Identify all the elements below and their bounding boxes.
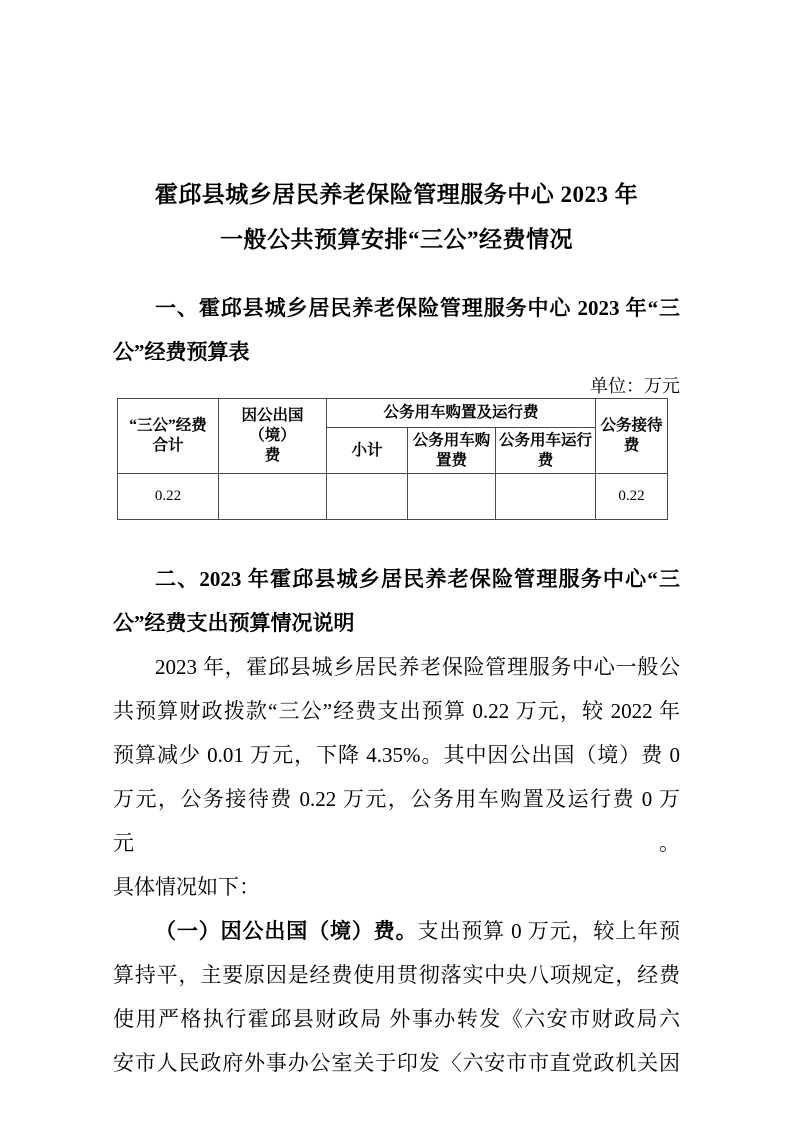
header-reception-fee: 公务接待 费 xyxy=(596,399,668,474)
section2-heading-line-2: 公”经费支出预算情况说明 xyxy=(113,601,680,645)
document-title-line-1: 霍邱县城乡居民养老保险管理服务中心 2023 年 xyxy=(113,172,680,217)
paragraph-1-line-2: 共预算财政拨款“三公”经费支出预算 0.22 万元，较 2022 年 xyxy=(113,689,680,733)
section1-heading-line-1: 一、霍邱县城乡居民养老保险管理服务中心 2023 年“三 xyxy=(113,286,680,330)
section1-heading: 一、霍邱县城乡居民养老保险管理服务中心 2023 年“三 公”经费预算表 xyxy=(113,286,680,374)
table-unit-label: 单位：万元 xyxy=(113,374,680,398)
paragraph-1-line-3: 预算减少 0.01 万元，下降 4.35%。其中因公出国（境）费 0 xyxy=(113,733,680,777)
header-vehicle-operation: 公务用车运行 费 xyxy=(496,428,596,474)
budget-table: “三公”经费 合计 因公出国（境） 费 公务用车购置及运行费 公务接待 费 小计… xyxy=(117,398,668,520)
paragraph-2-lead-bold: （一）因公出国（境）费。 xyxy=(155,919,418,943)
paragraph-2: （一）因公出国（境）费。支出预算 0 万元，较上年预 算持平，主要原因是经费使用… xyxy=(113,909,680,1085)
header-total: “三公”经费 合计 xyxy=(118,399,219,474)
value-total: 0.22 xyxy=(118,474,219,520)
section2-heading: 二、2023 年霍邱县城乡居民养老保险管理服务中心“三 公”经费支出预算情况说明 xyxy=(113,557,680,645)
value-reception-fee: 0.22 xyxy=(596,474,668,520)
value-abroad-fee xyxy=(219,474,327,520)
document-title-line-2: 一般公共预算安排“三公”经费情况 xyxy=(113,217,680,262)
value-vehicle-subtotal xyxy=(327,474,408,520)
paragraph-1-line-1: 2023 年，霍邱县城乡居民养老保险管理服务中心一般公 xyxy=(113,645,680,689)
value-vehicle-purchase xyxy=(408,474,496,520)
document-title: 霍邱县城乡居民养老保险管理服务中心 2023 年 一般公共预算安排“三公”经费情… xyxy=(113,0,680,262)
paragraph-2-line-3: 使用严格执行霍邱县财政局 外事办转发《六安市财政局六 xyxy=(113,997,680,1041)
header-vehicle-purchase: 公务用车购 置费 xyxy=(408,428,496,474)
paragraph-2-line-4: 安市人民政府外事办公室关于印发〈六安市市直党政机关因 xyxy=(113,1041,680,1085)
header-vehicle-group: 公务用车购置及运行费 xyxy=(327,399,596,428)
value-vehicle-operation xyxy=(496,474,596,520)
paragraph-2-line-2: 算持平，主要原因是经费使用贯彻落实中央八项规定，经费 xyxy=(113,953,680,997)
header-vehicle-subtotal: 小计 xyxy=(327,428,408,474)
paragraph-1: 2023 年，霍邱县城乡居民养老保险管理服务中心一般公 共预算财政拨款“三公”经… xyxy=(113,645,680,909)
paragraph-1-line-5: 具体情况如下： xyxy=(113,865,680,909)
table-row: 0.22 0.22 xyxy=(118,474,668,520)
section2-heading-line-1: 二、2023 年霍邱县城乡居民养老保险管理服务中心“三 xyxy=(113,557,680,601)
paragraph-1-line-4: 万元，公务接待费 0.22 万元，公务用车购置及运行费 0 万元。 xyxy=(113,777,680,865)
paragraph-2-line-1-rest: 支出预算 0 万元，较上年预 xyxy=(418,919,681,943)
header-abroad-fee: 因公出国（境） 费 xyxy=(219,399,327,474)
paragraph-2-line-1: （一）因公出国（境）费。支出预算 0 万元，较上年预 xyxy=(113,909,680,953)
document-content: 霍邱县城乡居民养老保险管理服务中心 2023 年 一般公共预算安排“三公”经费情… xyxy=(113,0,680,1085)
document-page: 霍邱县城乡居民养老保险管理服务中心 2023 年 一般公共预算安排“三公”经费情… xyxy=(0,0,793,1122)
section1-heading-line-2: 公”经费预算表 xyxy=(113,330,680,374)
